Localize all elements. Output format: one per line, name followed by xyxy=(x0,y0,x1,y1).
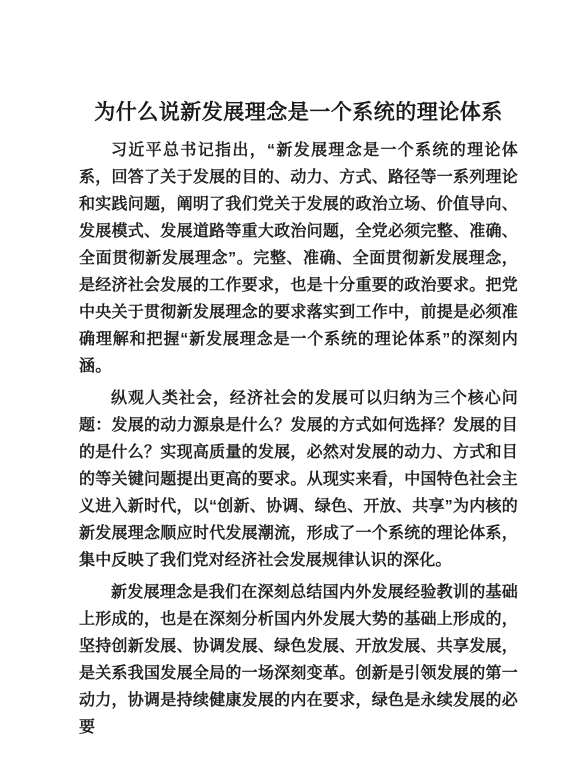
document-page: 为什么说新发展理念是一个系统的理论体系 习近平总书记指出，“新发展理念是一个系统… xyxy=(0,0,586,759)
paragraph-3: 新发展理念是我们在深刻总结国内外发展经验教训的基础上形成的，也是在深刻分析国内外… xyxy=(79,579,518,741)
paragraph-2: 纵观人类社会，经济社会的发展可以归纳为三个核心问题：发展的动力源泉是什么？发展的… xyxy=(79,385,518,574)
page-title: 为什么说新发展理念是一个系统的理论体系 xyxy=(79,97,518,128)
paragraph-1: 习近平总书记指出，“新发展理念是一个系统的理论体系，回答了关于发展的目的、动力、… xyxy=(79,137,518,380)
